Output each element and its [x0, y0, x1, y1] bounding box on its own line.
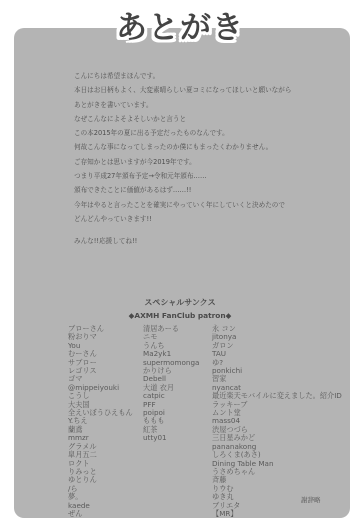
patron-name: ゆとりん: [68, 476, 133, 484]
body-line: あとがきを書いています。: [74, 98, 314, 112]
body-line: どんどんやっていきます!!: [74, 212, 314, 226]
special-thanks-subheading: ◆AXMH FanClub patron◆: [0, 311, 360, 320]
patron-name: うさめちゃん: [212, 468, 342, 476]
footer-note: 謝辞略: [301, 495, 321, 504]
special-thanks-heading: スペシャルサンクス: [0, 297, 360, 308]
body-line: この本2015年の夏に出る予定だったものなんです。: [74, 126, 314, 140]
afterword-body: こんにちは希望まほんです。 本日はお日柄もよく、大変素晴らしい夏コミになってほし…: [74, 69, 314, 249]
patron-column-2: 清居あーるニモうんちMa2yk1supermomongaかりけらDebell大道…: [143, 325, 199, 443]
body-line: つまり平成27年頒布予定→令和元年頒布……: [74, 169, 314, 183]
patron-column-1: ブローさん粉おりマYouむーさんサブローレゴリスゴマ@mippeiyoukiこう…: [68, 325, 133, 518]
body-line: 何故こんな事になってしまったのか僕にもまったくわかりません。: [74, 140, 314, 154]
patron-name: ponkichi: [212, 367, 342, 375]
page-title: あとがき: [0, 2, 360, 47]
body-line: なぜこんなによそよそしいかと言うと: [74, 112, 314, 126]
body-line: ご存知かとは思いますが今2019年です。: [74, 155, 314, 169]
patron-column-3: 永 コンjitonyaガロンTAUゆ?ponkichi習家nyancat最近楽天…: [212, 325, 342, 518]
body-line: こんにちは希望まほんです。: [74, 69, 314, 83]
patron-name: ガロン: [212, 342, 342, 350]
closing-line: みんな!!応援してね!!: [74, 234, 314, 248]
patron-name: TAU: [212, 350, 342, 358]
body-line: 本日はお日柄もよく、大変素晴らしい夏コミになってほしいと願いながら: [74, 83, 314, 97]
patron-name: 【MR】: [212, 510, 342, 518]
patron-name: utty01: [143, 434, 199, 442]
body-line: 頒布できたことに価値があるはず……!!: [74, 183, 314, 197]
patron-name: ぜん: [68, 510, 133, 518]
body-line: 今年はやると言ったことを確実にやっていく年にしていくと決めたので: [74, 198, 314, 212]
